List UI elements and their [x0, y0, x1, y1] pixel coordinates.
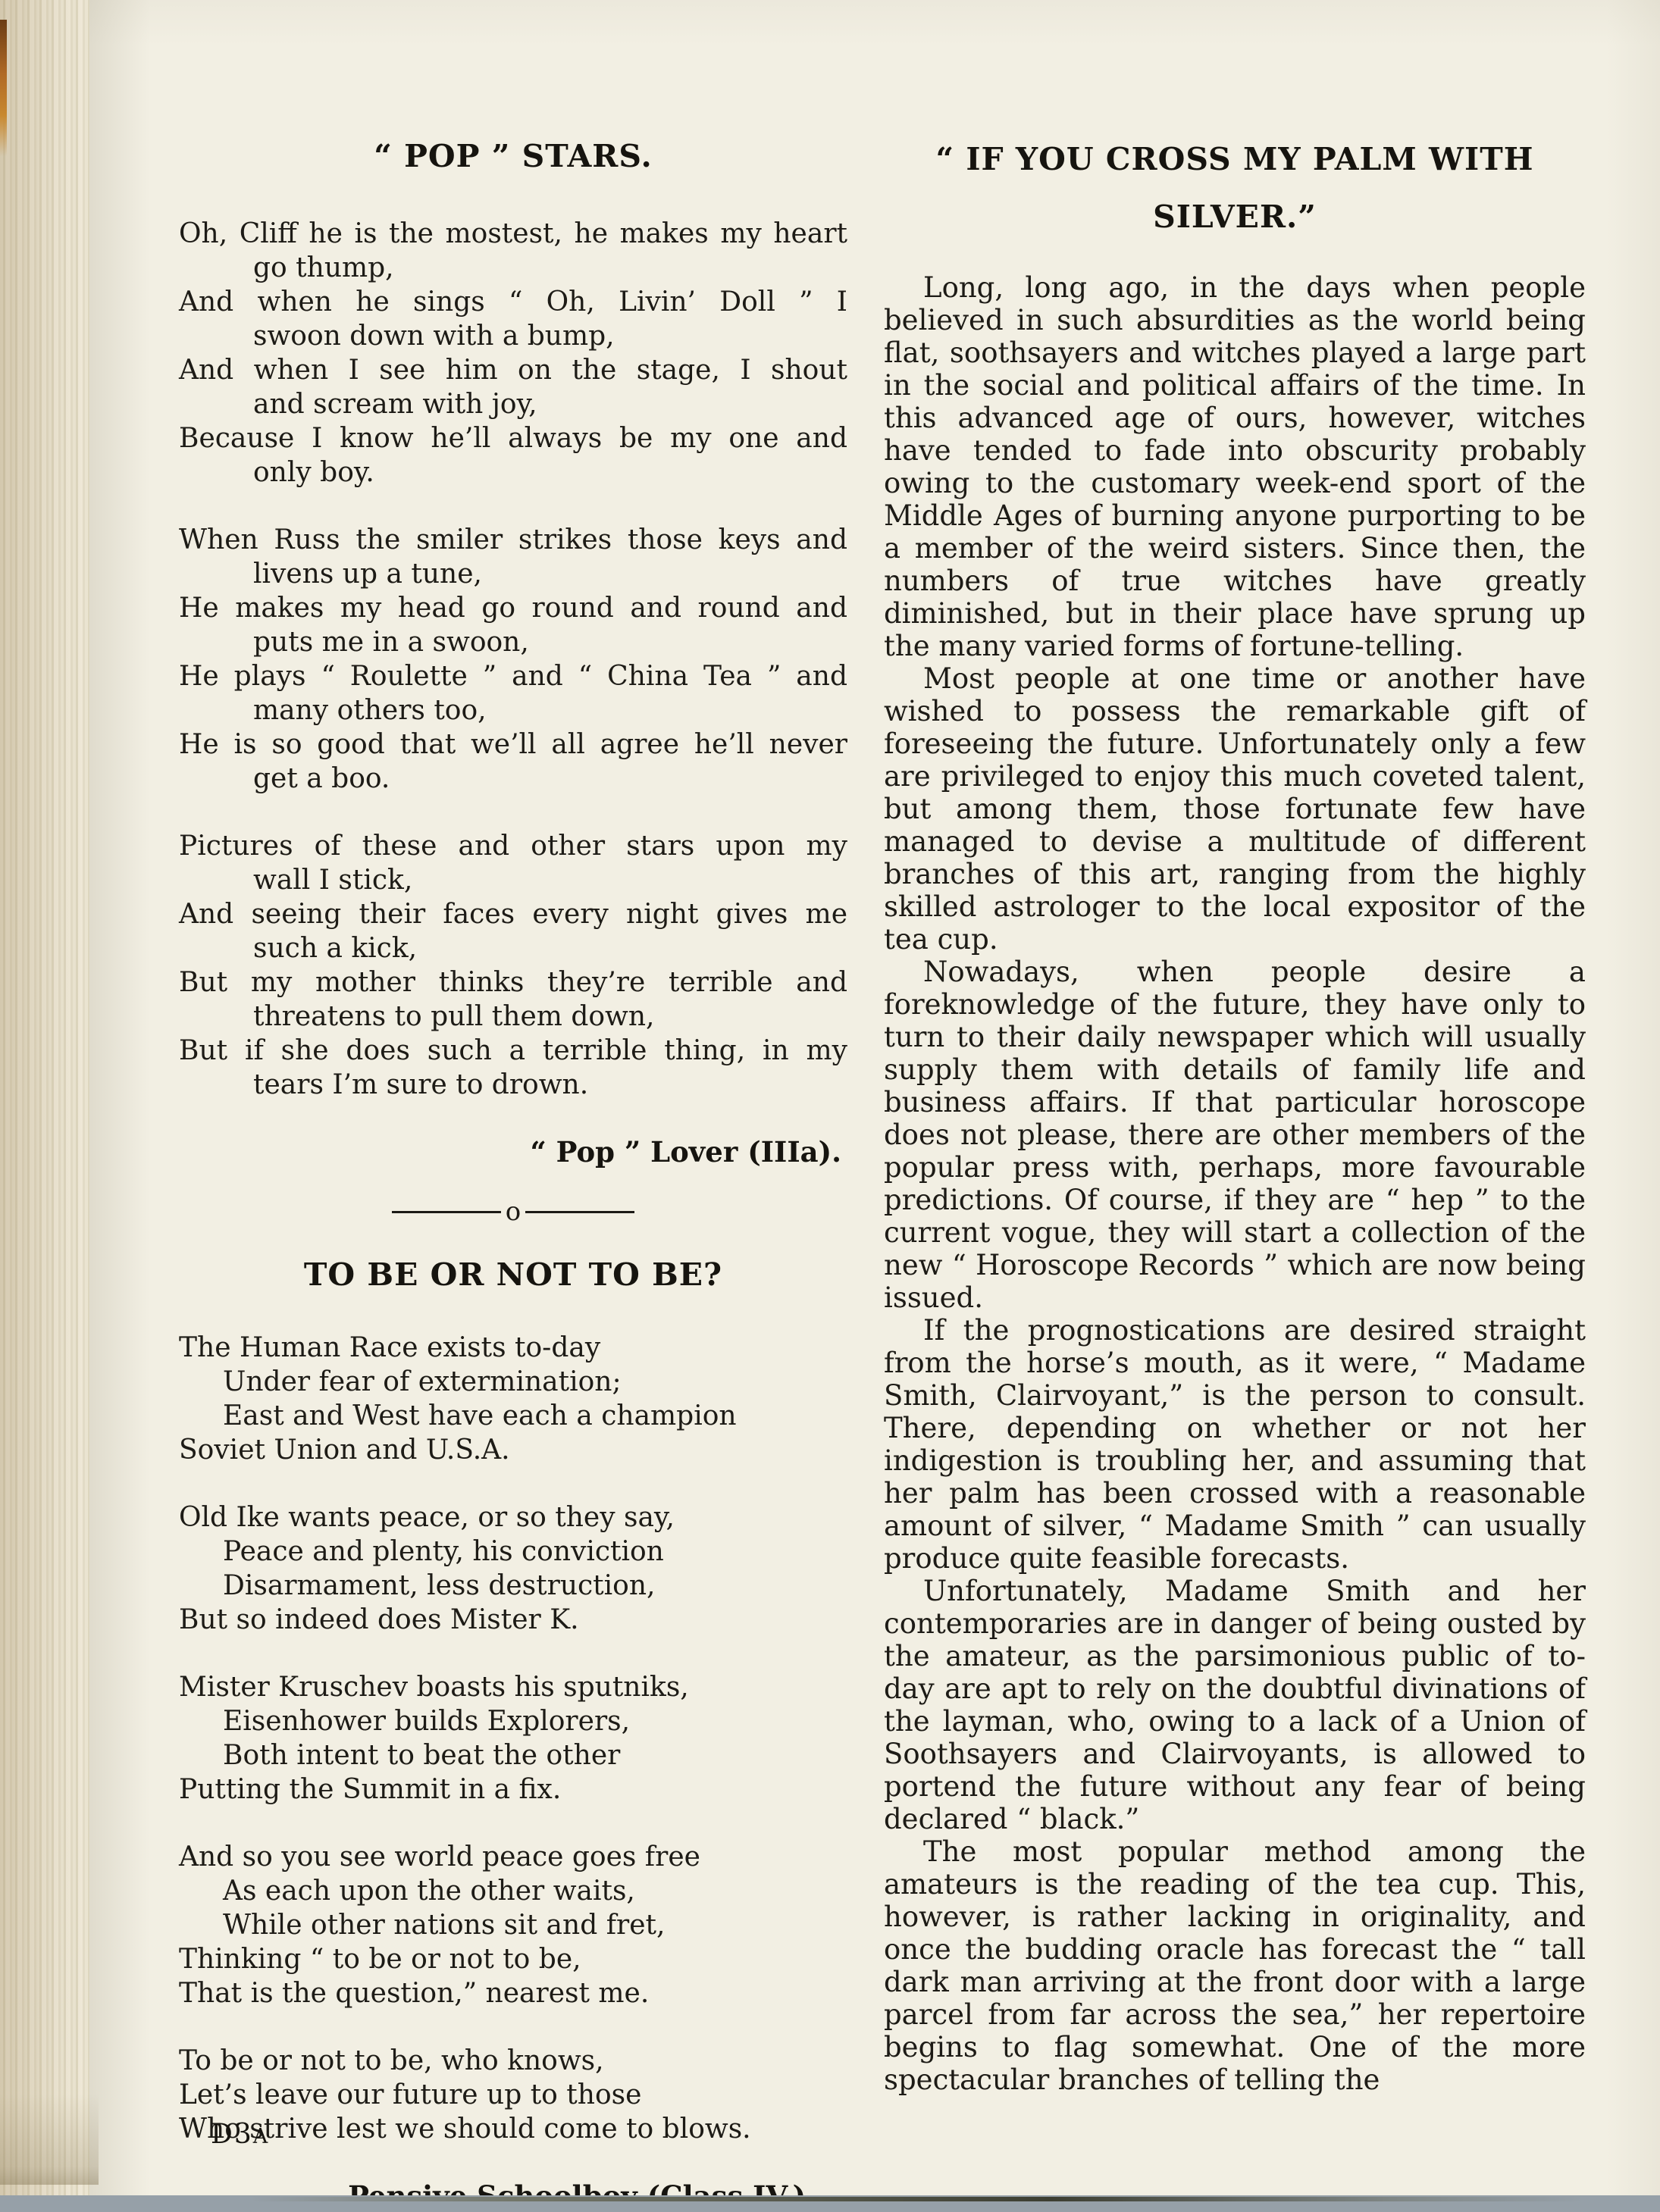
- poem-line: and scream with joy,: [179, 387, 847, 421]
- printers-mark-main: D3: [211, 2119, 253, 2150]
- poem-line: And when I see him on the stage, I shout: [179, 353, 847, 387]
- poem-line: While other nations sit and fret,: [179, 1908, 847, 1942]
- poem-line: such a kick,: [179, 931, 847, 965]
- poem-line: tears I’m sure to drown.: [179, 1068, 847, 1102]
- poem-line: To be or not to be, who knows,: [179, 2044, 847, 2078]
- poem-line: puts me in a swoon,: [179, 625, 847, 659]
- poem-stanza: Old Ike wants peace, or so they say,Peac…: [179, 1500, 847, 1637]
- poem-line: Mister Kruschev boasts his sputniks,: [179, 1670, 847, 1704]
- divider-line: [525, 1211, 634, 1213]
- poem-stanza: Mister Kruschev boasts his sputniks,Eise…: [179, 1670, 847, 1807]
- poem-line: But my mother thinks they’re terrible an…: [179, 965, 847, 1000]
- poem-line: That is the question,” nearest me.: [179, 1976, 847, 2010]
- poem-line: He makes my head go round and round and: [179, 591, 847, 625]
- poem-line: Oh, Cliff he is the mostest, he makes my…: [179, 217, 847, 251]
- poem-line: threatens to pull them down,: [179, 1000, 847, 1034]
- poem-line: Let’s leave our future up to those: [179, 2078, 847, 2112]
- paragraph: The most popular method among the amateu…: [884, 1835, 1586, 2096]
- right-column: “ IF YOU CROSS MY PALM WITH SILVER.” Lon…: [884, 130, 1586, 2096]
- poem-line: wall I stick,: [179, 863, 847, 897]
- poem-line: Who strive lest we should come to blows.: [179, 2112, 847, 2146]
- poem-line: get a boo.: [179, 762, 847, 796]
- paragraph: Unfortunately, Madame Smith and her cont…: [884, 1575, 1586, 1835]
- section-divider: o: [392, 1200, 634, 1223]
- poem-line: Eisenhower builds Explorers,: [179, 1704, 847, 1738]
- poem-line: livens up a tune,: [179, 557, 847, 591]
- page-bottom-edge: [250, 2197, 1584, 2201]
- to-be-title: TO BE OR NOT TO BE?: [179, 1256, 847, 1293]
- page-stack-curl: [0, 2094, 99, 2185]
- poem-line: East and West have each a champion: [179, 1399, 847, 1433]
- poem-line: Peace and plenty, his conviction: [179, 1535, 847, 1569]
- left-column: “ POP ” STARS. Oh, Cliff he is the moste…: [179, 138, 847, 2212]
- page-binding-edge: [0, 0, 89, 2198]
- poem-stanza: To be or not to be, who knows,Let’s leav…: [179, 2044, 847, 2146]
- pop-stars-poem: Oh, Cliff he is the mostest, he makes my…: [179, 217, 847, 1102]
- to-be-poem: The Human Race exists to-dayUnder fear o…: [179, 1331, 847, 2146]
- poem-line: And so you see world peace goes free: [179, 1840, 847, 1874]
- poem-line: swoon down with a bump,: [179, 319, 847, 353]
- poem-line: He plays “ Roulette ” and “ China Tea ” …: [179, 659, 847, 693]
- poem-line: But so indeed does Mister K.: [179, 1603, 847, 1637]
- poem-line: The Human Race exists to-day: [179, 1331, 847, 1365]
- poem-stanza: Pictures of these and other stars upon m…: [179, 829, 847, 1102]
- pop-stars-title: “ POP ” STARS.: [179, 138, 847, 174]
- magazine-page: “ POP ” STARS. Oh, Cliff he is the moste…: [0, 0, 1660, 2198]
- poem-line: But if she does such a terrible thing, i…: [179, 1034, 847, 1068]
- paragraph: Nowadays, when people desire a foreknowl…: [884, 956, 1586, 1314]
- palm-silver-body: Long, long ago, in the days when people …: [884, 271, 1586, 2096]
- poem-line: Both intent to beat the other: [179, 1738, 847, 1772]
- pop-stars-byline: “ Pop ” Lover (IIIa).: [179, 1135, 847, 1169]
- poem-line: only boy.: [179, 455, 847, 490]
- poem-line: Soviet Union and U.S.A.: [179, 1433, 847, 1467]
- poem-line: Old Ike wants peace, or so they say,: [179, 1500, 847, 1535]
- poem-line: He is so good that we’ll all agree he’ll…: [179, 727, 847, 762]
- poem-line: Under fear of extermination;: [179, 1365, 847, 1399]
- paragraph: If the prognostications are desired stra…: [884, 1314, 1586, 1575]
- poem-line: many others too,: [179, 693, 847, 727]
- poem-line: Thinking “ to be or not to be,: [179, 1942, 847, 1976]
- poem-line: Pictures of these and other stars upon m…: [179, 829, 847, 863]
- poem-line: Putting the Summit in a fix.: [179, 1772, 847, 1807]
- poem-line: And seeing their faces every night gives…: [179, 897, 847, 931]
- poem-line: As each upon the other waits,: [179, 1874, 847, 1908]
- poem-line: go thump,: [179, 251, 847, 285]
- palm-silver-title-line1: “ IF YOU CROSS MY PALM WITH: [884, 130, 1586, 188]
- poem-line: Disarmament, less destruction,: [179, 1569, 847, 1603]
- binding-shadow: [89, 0, 150, 2198]
- poem-stanza: And so you see world peace goes freeAs e…: [179, 1840, 847, 2010]
- divider-line: [392, 1211, 501, 1213]
- poem-line: Because I know he’ll always be my one an…: [179, 421, 847, 455]
- poem-stanza: When Russ the smiler strikes those keys …: [179, 523, 847, 796]
- paragraph: Most people at one time or another have …: [884, 662, 1586, 956]
- cover-corner-fragment: [0, 20, 7, 156]
- poem-stanza: Oh, Cliff he is the mostest, he makes my…: [179, 217, 847, 490]
- paragraph: Long, long ago, in the days when people …: [884, 271, 1586, 662]
- palm-silver-title: “ IF YOU CROSS MY PALM WITH SILVER.”: [884, 130, 1586, 246]
- divider-ornament: o: [501, 1200, 525, 1223]
- scanned-magazine-page: “ POP ” STARS. Oh, Cliff he is the moste…: [0, 0, 1660, 2212]
- poem-line: And when he sings “ Oh, Livin’ Doll ” I: [179, 285, 847, 319]
- printers-mark-sub: A: [253, 2125, 268, 2148]
- printers-mark: D3A: [211, 2119, 268, 2150]
- poem-stanza: The Human Race exists to-dayUnder fear o…: [179, 1331, 847, 1467]
- poem-line: When Russ the smiler strikes those keys …: [179, 523, 847, 557]
- palm-silver-title-line2: SILVER.”: [884, 188, 1586, 246]
